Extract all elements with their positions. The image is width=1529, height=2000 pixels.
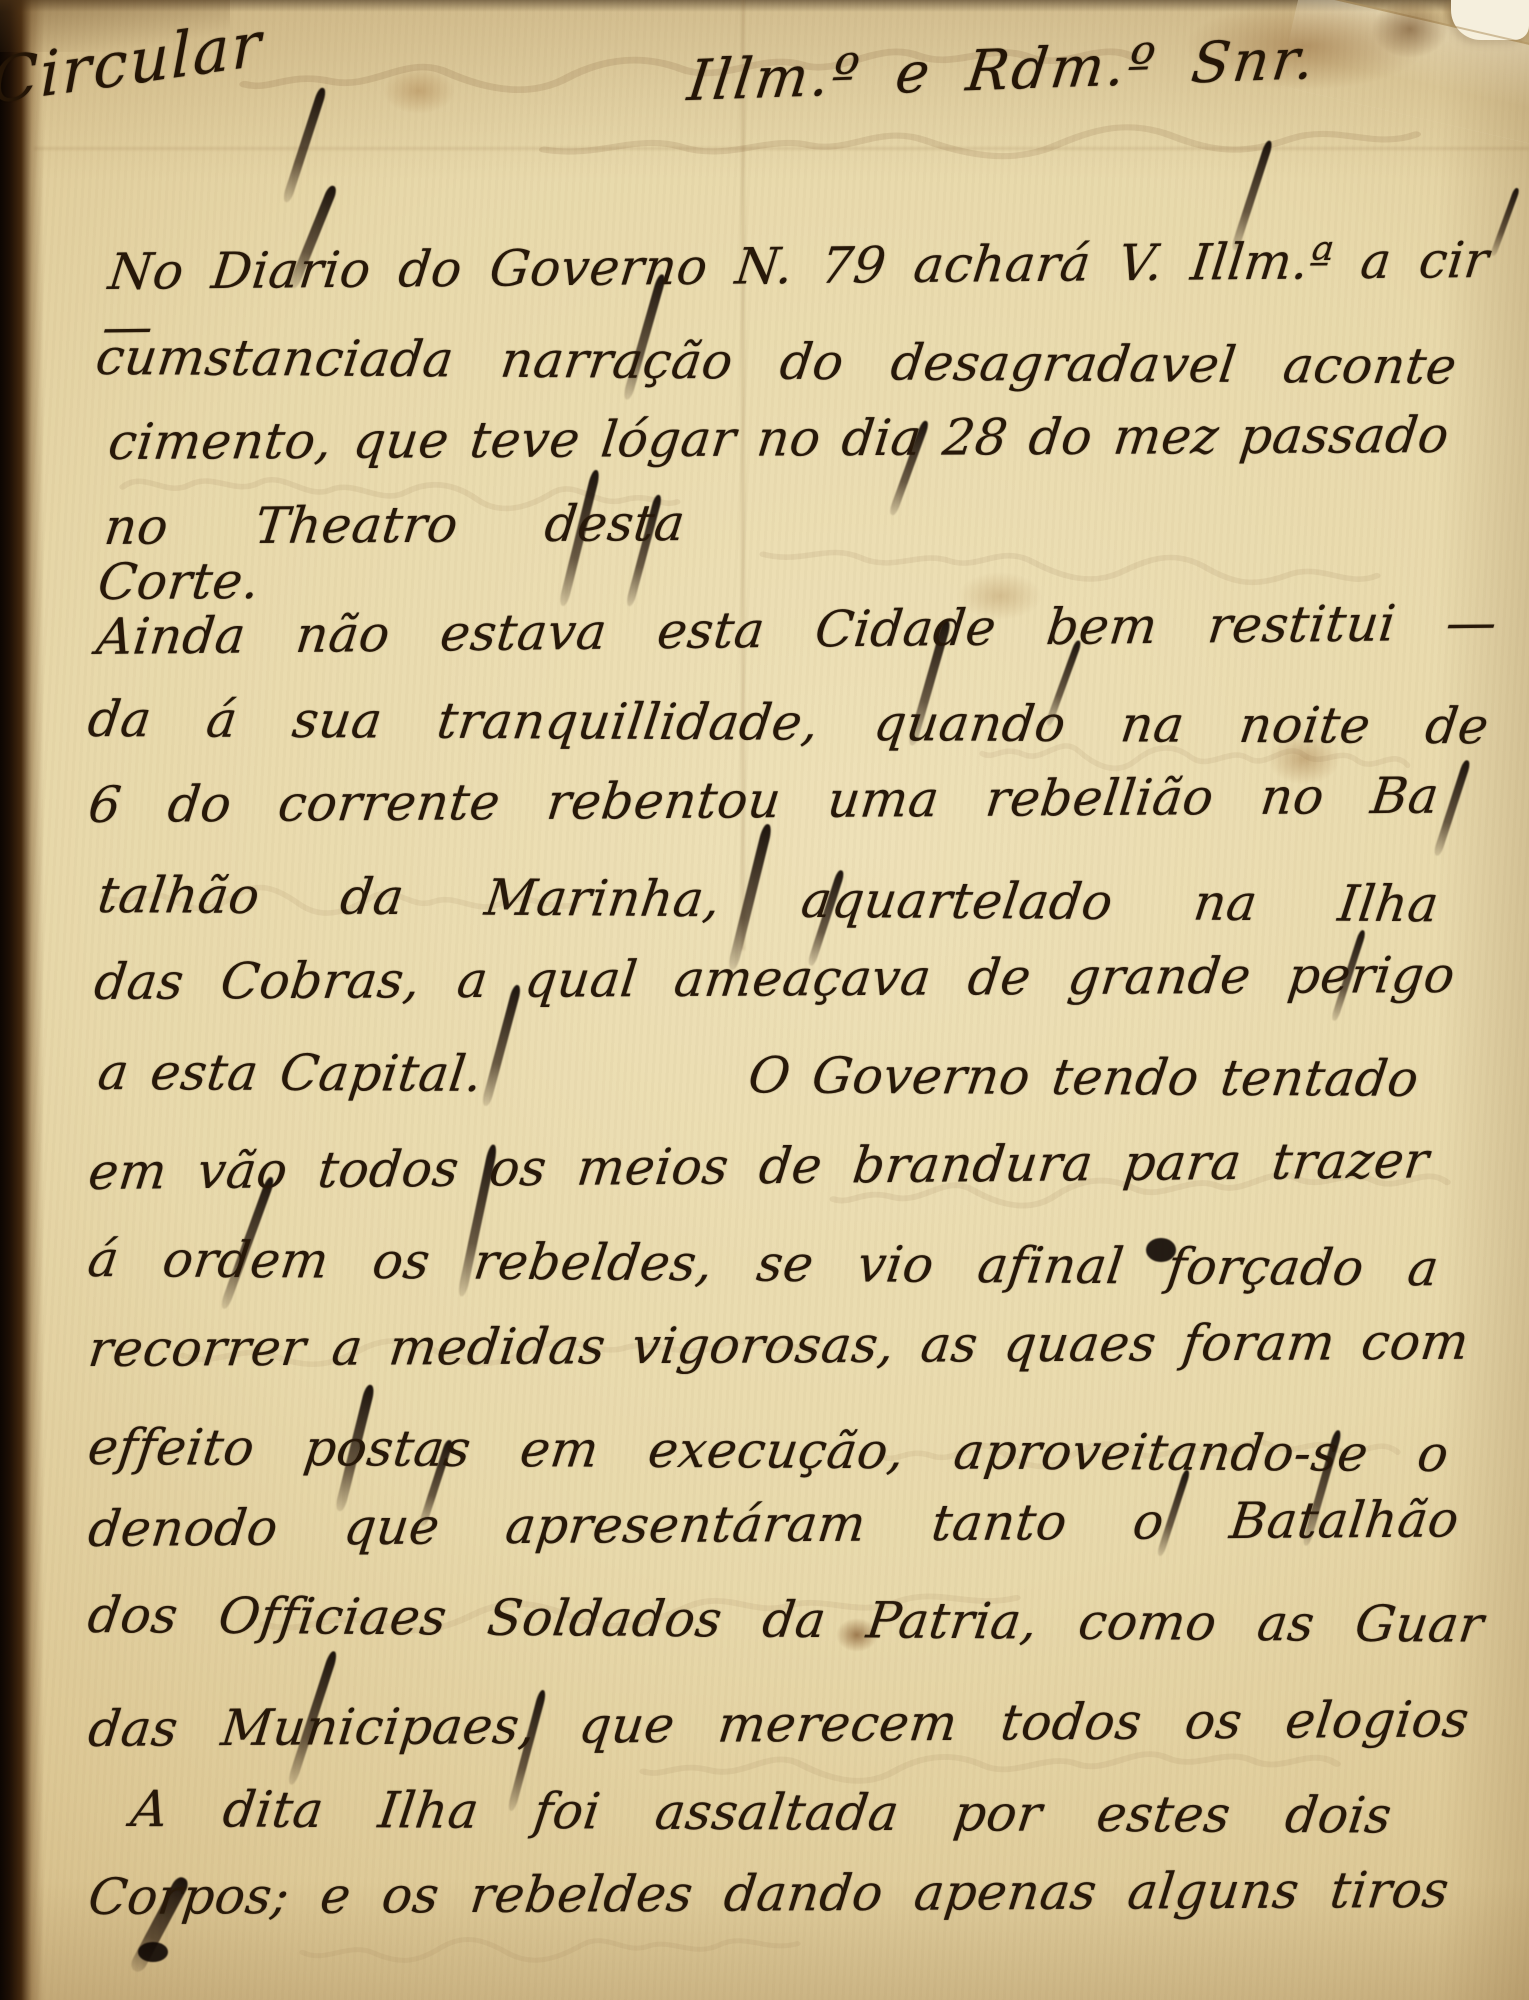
manuscript-line: das Cobras, a qual ameaçava de grande pe…: [92, 948, 1458, 1010]
manuscript-line: a esta Capital. O Governo tendo tentado: [95, 1045, 1422, 1107]
paper-stain: [1372, 0, 1448, 58]
manuscript-line: recorrer a medidas vigorosas, as quaes f…: [86, 1315, 1472, 1377]
manuscript-line: cimento, que teve lógar no dia 28 do mez…: [106, 408, 1452, 470]
manuscript-line: em vão todos os meios de brandura para t…: [86, 1133, 1432, 1200]
ink-stroke: [282, 87, 328, 204]
bleedthrough-text: [300, 1926, 801, 1971]
manuscript-line: 6 do corrente rebentou uma rebellião no …: [86, 769, 1442, 833]
manuscript-line: da á sua tranquillidade, quando na noite…: [85, 692, 1492, 754]
manuscript-line: á ordem os rebeldes, se vio afinal força…: [85, 1232, 1442, 1296]
manuscript-line: Ainda não estava esta Cidade bem restitu…: [94, 595, 1500, 665]
bleedthrough-text: [540, 112, 1421, 171]
manuscript-line: das Municipaes, que merecem todos os elo…: [86, 1692, 1472, 1757]
manuscript-line: talhão da Marinha, aquartelado na Ilha: [95, 868, 1442, 932]
book-binding-edge: [0, 0, 44, 2000]
manuscript-page-scan: Circular Illm.º e Rdm.º Snr. No Diario d…: [0, 0, 1529, 2000]
ink-stroke: [1490, 187, 1520, 257]
ink-blot: [138, 1942, 168, 1962]
manuscript-line: dos Officiaes Soldados da Patria, como a…: [85, 1588, 1487, 1653]
manuscript-line: A dita Ilha foi assaltada por estes dois: [128, 1782, 1395, 1844]
manuscript-line: no Theatro desta Corte.: [95, 496, 688, 610]
bleedthrough-text: [759, 534, 1380, 596]
manuscript-line: effeito postas em execução, aproveitando…: [85, 1420, 1452, 1482]
manuscript-line: denodo que apresentáram tanto o Batalhão: [86, 1492, 1462, 1557]
manuscript-line: cumstanciada narração do desagradavel ac…: [93, 330, 1460, 394]
manuscript-line: Corpos; e os rebeldes dando apenas algun…: [86, 1863, 1452, 1925]
